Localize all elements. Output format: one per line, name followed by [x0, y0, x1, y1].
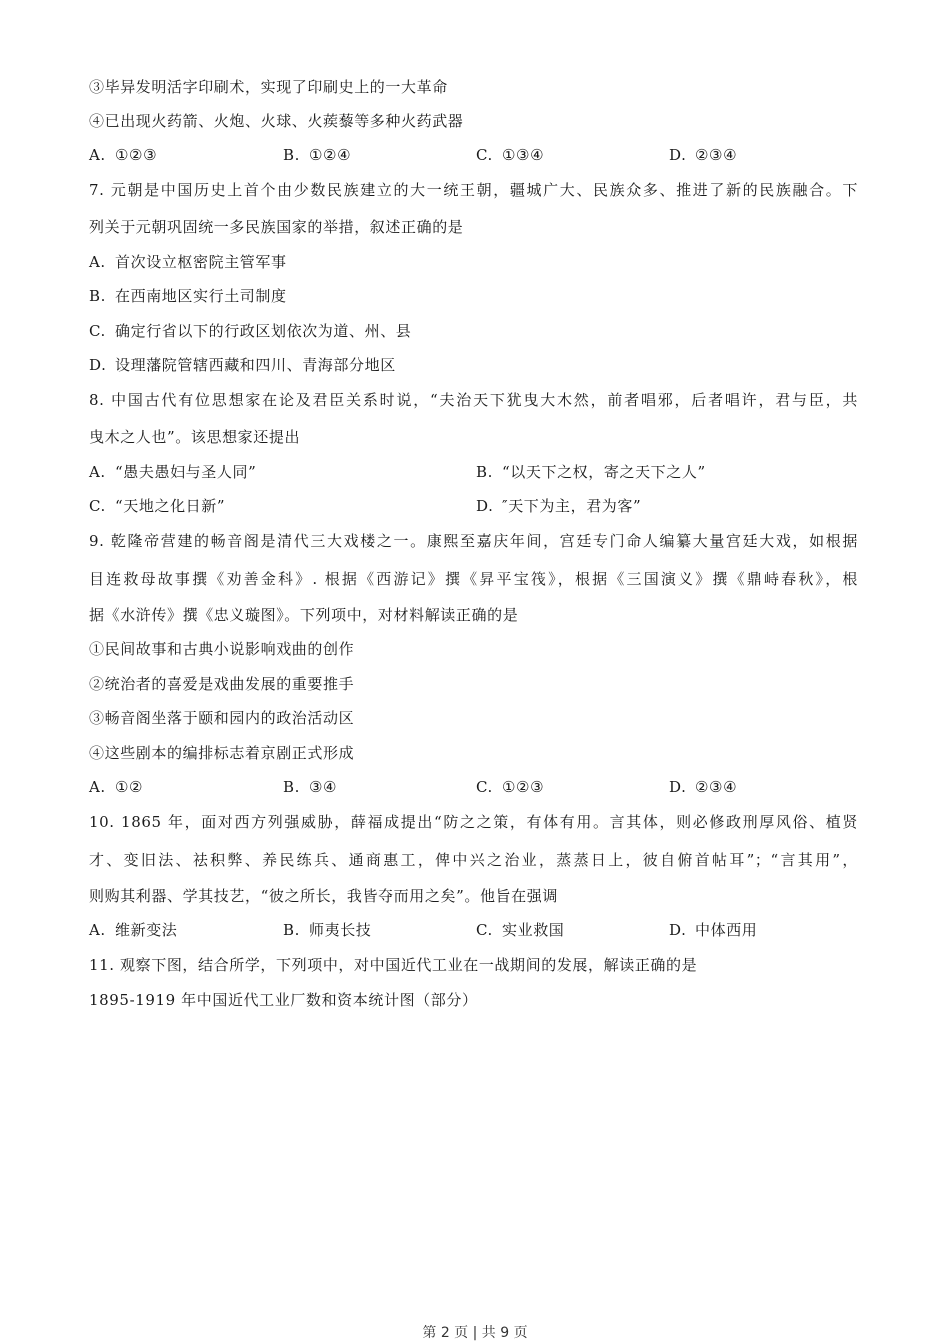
q6-option-d: D.②③④ [669, 145, 737, 165]
q7-stem-line-2: 列关于元朝巩固统一多民族国家的举措，叙述正确的是 [89, 217, 858, 237]
option-text: ①③④ [502, 146, 544, 164]
q10-stem-line-1: 10. 1865 年，面对西方列强威胁，薛福成提出“防之之策，有体有用。言其体，… [89, 812, 858, 832]
option-letter: D. [89, 355, 115, 375]
option-letter: C. [89, 496, 115, 516]
option-text: ″天下为主，君为客” [502, 497, 641, 515]
q9-item-2: ②统治者的喜爱是戏曲发展的重要推手 [89, 674, 858, 694]
q10-option-c: C.实业救国 [476, 920, 564, 940]
option-letter: C. [476, 920, 502, 940]
q8-option-c: C.“天地之化日新” [89, 496, 225, 516]
option-letter: A. [89, 462, 115, 482]
option-letter: A. [89, 777, 115, 797]
option-text: 实业救国 [502, 921, 564, 939]
q6-option-b: B.①②④ [283, 145, 351, 165]
option-letter: B. [283, 920, 309, 940]
q10-stem-line-2: 才、变旧法、祛积弊、养民练兵、通商惠工，俾中兴之治业，蒸蒸日上，彼自俯首帖耳”；… [89, 850, 858, 870]
option-letter: A. [89, 920, 115, 940]
q10-option-a: A.维新变法 [89, 920, 177, 940]
option-text: 师夷长技 [309, 921, 371, 939]
option-letter: C. [89, 321, 115, 341]
option-text: “以天下之权，寄之天下之人” [502, 463, 706, 481]
q7-option-b: B.在西南地区实行土司制度 [89, 286, 287, 306]
q10-option-b: B.师夷长技 [283, 920, 371, 940]
q8-stem-line-2: 曳木之人也”。该思想家还提出 [89, 427, 858, 447]
option-text: ①② [115, 778, 143, 796]
option-letter: C. [476, 777, 502, 797]
q9-stem-line-3: 据《水浒传》撰《忠义璇图》。下列项中，对材料解读正确的是 [89, 605, 858, 625]
option-letter: D. [476, 496, 502, 516]
q11-figure-caption: 1895-1919 年中国近代工业厂数和资本统计图（部分） [89, 990, 858, 1010]
option-text: 维新变法 [115, 921, 177, 939]
q9-item-4: ④这些剧本的编排标志着京剧正式形成 [89, 743, 858, 763]
q10-stem-line-3: 则购其利器、学其技艺，“彼之所长，我皆夺而用之矣”。他旨在强调 [89, 886, 858, 906]
option-letter: C. [476, 145, 502, 165]
exam-page: ③毕异发明活字印刷术，实现了印刷史上的一大革命 ④已出现火药箭、火炮、火球、火蒺… [0, 0, 950, 1344]
option-text: 在西南地区实行土司制度 [115, 287, 287, 305]
q6-option-a: A.①②③ [89, 145, 157, 165]
q9-item-3: ③畅音阁坐落于颐和园内的政治活动区 [89, 708, 858, 728]
option-letter: D. [669, 777, 695, 797]
q9-option-b: B.③④ [283, 777, 337, 797]
option-text: “天地之化日新” [115, 497, 225, 515]
option-text: 确定行省以下的行政区划依次为道、州、县 [115, 322, 411, 340]
q6-item-4: ④已出现火药箭、火炮、火球、火蒺藜等多种火药武器 [89, 111, 858, 131]
q9-option-d: D.②③④ [669, 777, 737, 797]
option-letter: B. [283, 777, 309, 797]
q9-item-1: ①民间故事和古典小说影响戏曲的创作 [89, 639, 858, 659]
option-text: ③④ [309, 778, 337, 796]
option-letter: B. [283, 145, 309, 165]
q7-stem-line-1: 7. 元朝是中国历史上首个由少数民族建立的大一统王朝，疆城广大、民族众多、推进了… [89, 180, 858, 200]
option-text: ②③④ [695, 146, 737, 164]
q6-option-c: C.①③④ [476, 145, 544, 165]
q7-option-c: C.确定行省以下的行政区划依次为道、州、县 [89, 321, 411, 341]
q8-option-a: A.“愚夫愚妇与圣人同” [89, 462, 256, 482]
option-letter: D. [669, 145, 695, 165]
q11-stem-line-1: 11. 观察下图，结合所学，下列项中，对中国近代工业在一战期间的发展，解读正确的… [89, 955, 858, 975]
q9-stem-line-1: 9. 乾隆帝营建的畅音阁是清代三大戏楼之一。康熙至嘉庆年间，宫廷专门命人编纂大量… [89, 531, 858, 551]
option-text: 设理藩院管辖西藏和四川、青海部分地区 [115, 356, 396, 374]
q8-stem-line-1: 8. 中国古代有位思想家在论及君臣关系时说，“夫治天下犹曳大木然，前者唱邪，后者… [89, 390, 858, 410]
q8-option-b: B.“以天下之权，寄之天下之人” [476, 462, 706, 482]
option-text: ①②③ [115, 146, 157, 164]
option-text: 中体西用 [695, 921, 757, 939]
q9-option-a: A.①② [89, 777, 143, 797]
q9-option-c: C.①②③ [476, 777, 544, 797]
q9-stem-line-2: 目连救母故事撰《劝善金科》. 根据《西游记》撰《昇平宝筏》，根据《三国演义》撰《… [89, 569, 858, 589]
option-text: 首次设立枢密院主管军事 [115, 253, 287, 271]
option-text: ①②④ [309, 146, 351, 164]
q7-option-d: D.设理藩院管辖西藏和四川、青海部分地区 [89, 355, 396, 375]
q10-option-d: D.中体西用 [669, 920, 757, 940]
q6-item-3: ③毕异发明活字印刷术，实现了印刷史上的一大革命 [89, 77, 858, 97]
option-text: ①②③ [502, 778, 544, 796]
q8-option-d: D.″天下为主，君为客” [476, 496, 641, 516]
option-letter: A. [89, 145, 115, 165]
option-letter: A. [89, 252, 115, 272]
page-footer: 第 2 页 | 共 9 页 [0, 1322, 950, 1342]
q7-option-a: A.首次设立枢密院主管军事 [89, 252, 287, 272]
option-text: “愚夫愚妇与圣人同” [115, 463, 256, 481]
option-letter: B. [476, 462, 502, 482]
option-letter: D. [669, 920, 695, 940]
option-letter: B. [89, 286, 115, 306]
option-text: ②③④ [695, 778, 737, 796]
